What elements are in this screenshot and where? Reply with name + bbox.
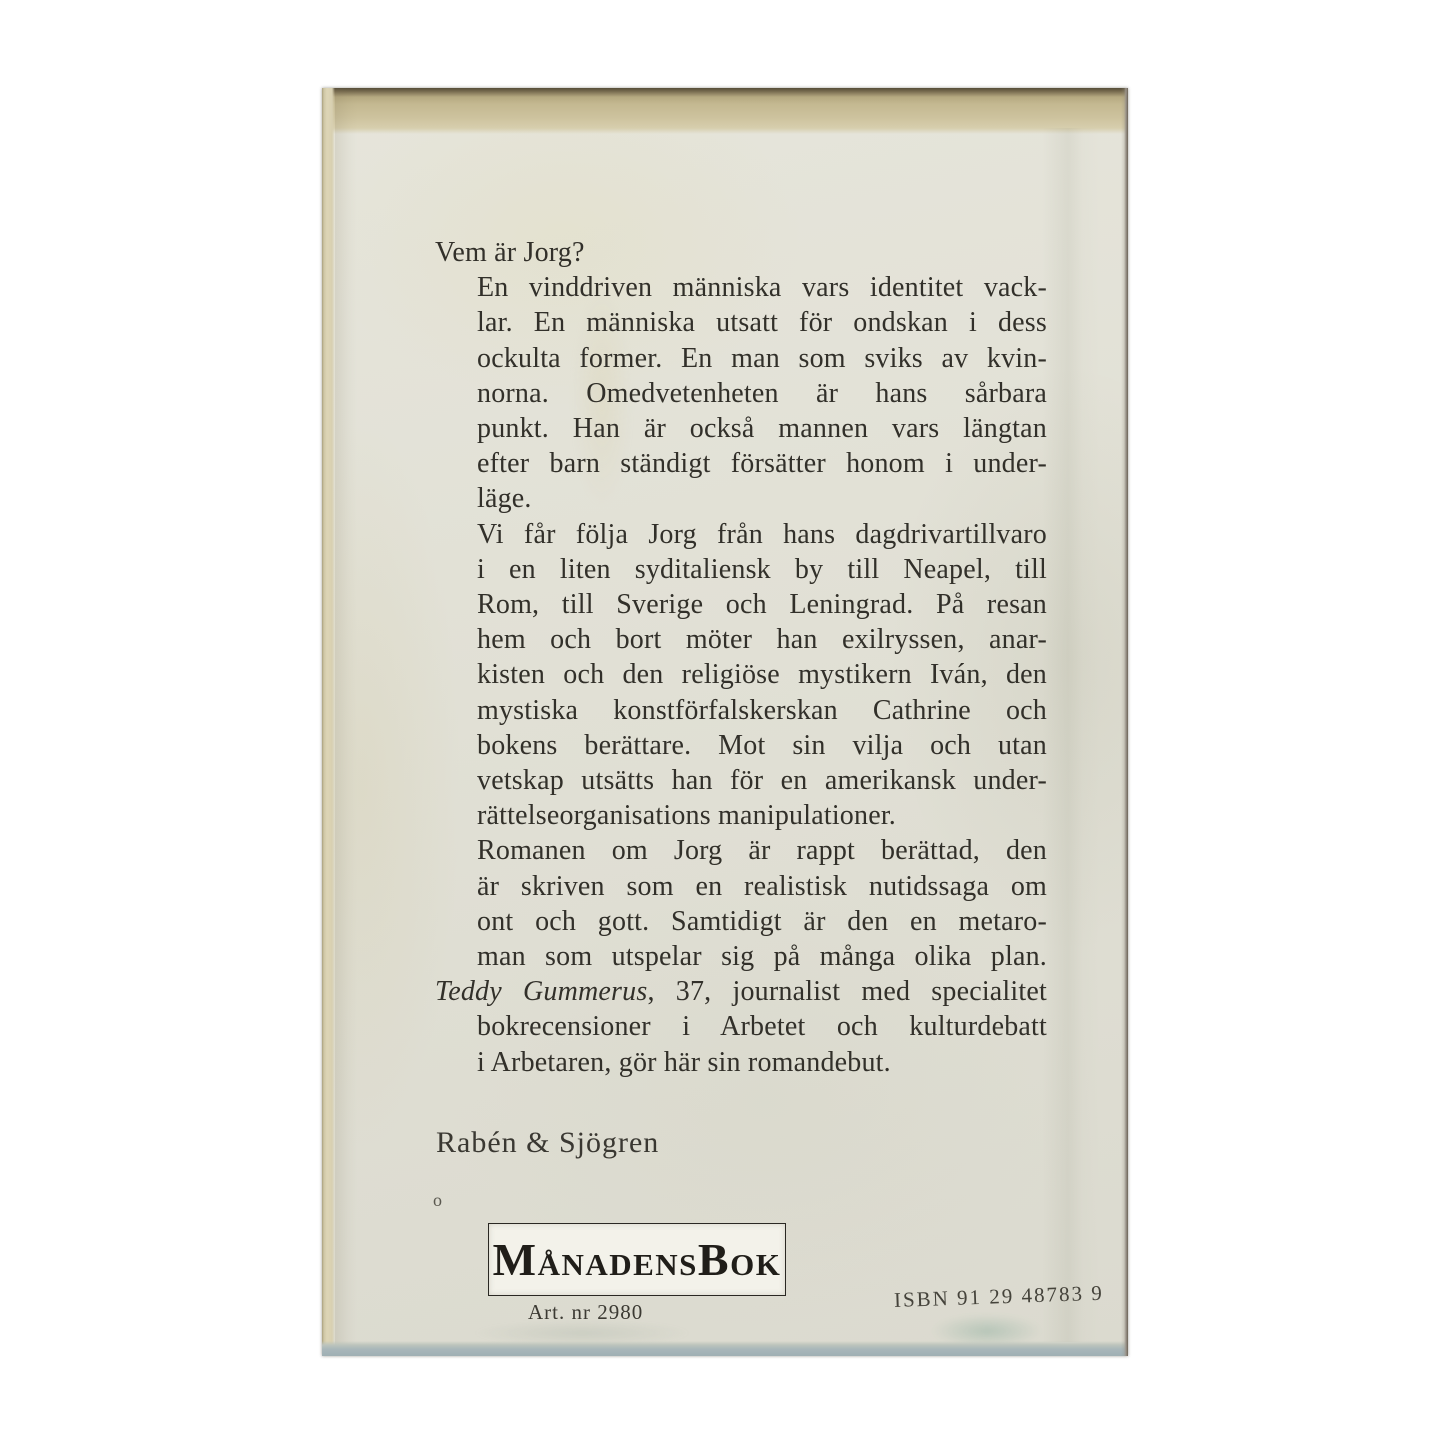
blurb-line: punkt. Han är också mannen vars längtan <box>435 411 1047 446</box>
book-right-edge <box>1121 88 1128 1356</box>
blurb-line: Teddy Gummerus, 37, journalist med speci… <box>435 974 1047 1009</box>
logo-letter-b: B <box>698 1234 730 1285</box>
blurb-line: Vi får följa Jorg från hans dagdrivartil… <box>435 517 1047 552</box>
right-fold-crease <box>1042 128 1100 1342</box>
stray-mark: o <box>433 1190 442 1211</box>
blurb-line: Romanen om Jorg är rappt berättad, den <box>435 833 1047 868</box>
left-fold-crease <box>335 88 357 1356</box>
blurb-line: kisten och den religiöse mystikern Iván,… <box>435 657 1047 692</box>
blurb-line: i en liten syditaliensk by till Neapel, … <box>435 552 1047 587</box>
article-number: Art. nr 2980 <box>528 1300 643 1325</box>
blurb-line: man som utspelar sig på många olika plan… <box>435 939 1047 974</box>
blurb-line: lar. En människa utsatt för ondskan i de… <box>435 305 1047 340</box>
logo-letter-m: M <box>493 1234 538 1285</box>
blurb-line: rättelseorganisations manipulationer. <box>435 798 1047 833</box>
book-left-edge <box>322 88 335 1356</box>
blurb-heading: Vem är Jorg? <box>435 235 1047 270</box>
blurb-line: läge. <box>435 481 1047 516</box>
book-back-cover: Vem är Jorg?En vinddriven människa vars … <box>322 88 1128 1356</box>
book-bottom-edge <box>322 1341 1128 1356</box>
blurb-line: efter barn ständigt försätter honom i un… <box>435 446 1047 481</box>
blurb-line: ont och gott. Samtidigt är den en metaro… <box>435 904 1047 939</box>
blurb-line: är skriven som en realistisk nutidssaga … <box>435 869 1047 904</box>
manadens-bok-logo: MÅNADENSBOK <box>488 1223 786 1296</box>
blurb-line: bokrecensioner i Arbetet och kulturdebat… <box>435 1009 1047 1044</box>
blurb-line: hem och bort möter han exilryssen, anar- <box>435 622 1047 657</box>
book-top-edge <box>322 88 1128 134</box>
blurb-line: En vinddriven människa vars identitet va… <box>435 270 1047 305</box>
blurb-line: vetskap utsätts han för en amerikansk un… <box>435 763 1047 798</box>
publisher-name: Rabén & Sjögren <box>436 1126 659 1160</box>
blurb-line: bokens berättare. Mot sin vilja och utan <box>435 728 1047 763</box>
blurb-line: Rom, till Sverige och Leningrad. På resa… <box>435 587 1047 622</box>
photo-backdrop: Vem är Jorg?En vinddriven människa vars … <box>0 0 1445 1445</box>
blurb-text: Vem är Jorg?En vinddriven människa vars … <box>435 235 1047 1080</box>
logo-text-ok: OK <box>730 1247 781 1282</box>
blurb-line: i Arbetaren, gör här sin romandebut. <box>435 1045 1047 1080</box>
blurb-line: ockulta former. En man som sviks av kvin… <box>435 341 1047 376</box>
blurb-line: norna. Omedvetenheten är hans sårbara <box>435 376 1047 411</box>
manadens-bok-logo-text: MÅNADENSBOK <box>493 1237 782 1283</box>
blurb-line: mystiska konstförfalskerskan Cathrine oc… <box>435 693 1047 728</box>
logo-text-anadens: ÅNADENS <box>538 1247 698 1282</box>
